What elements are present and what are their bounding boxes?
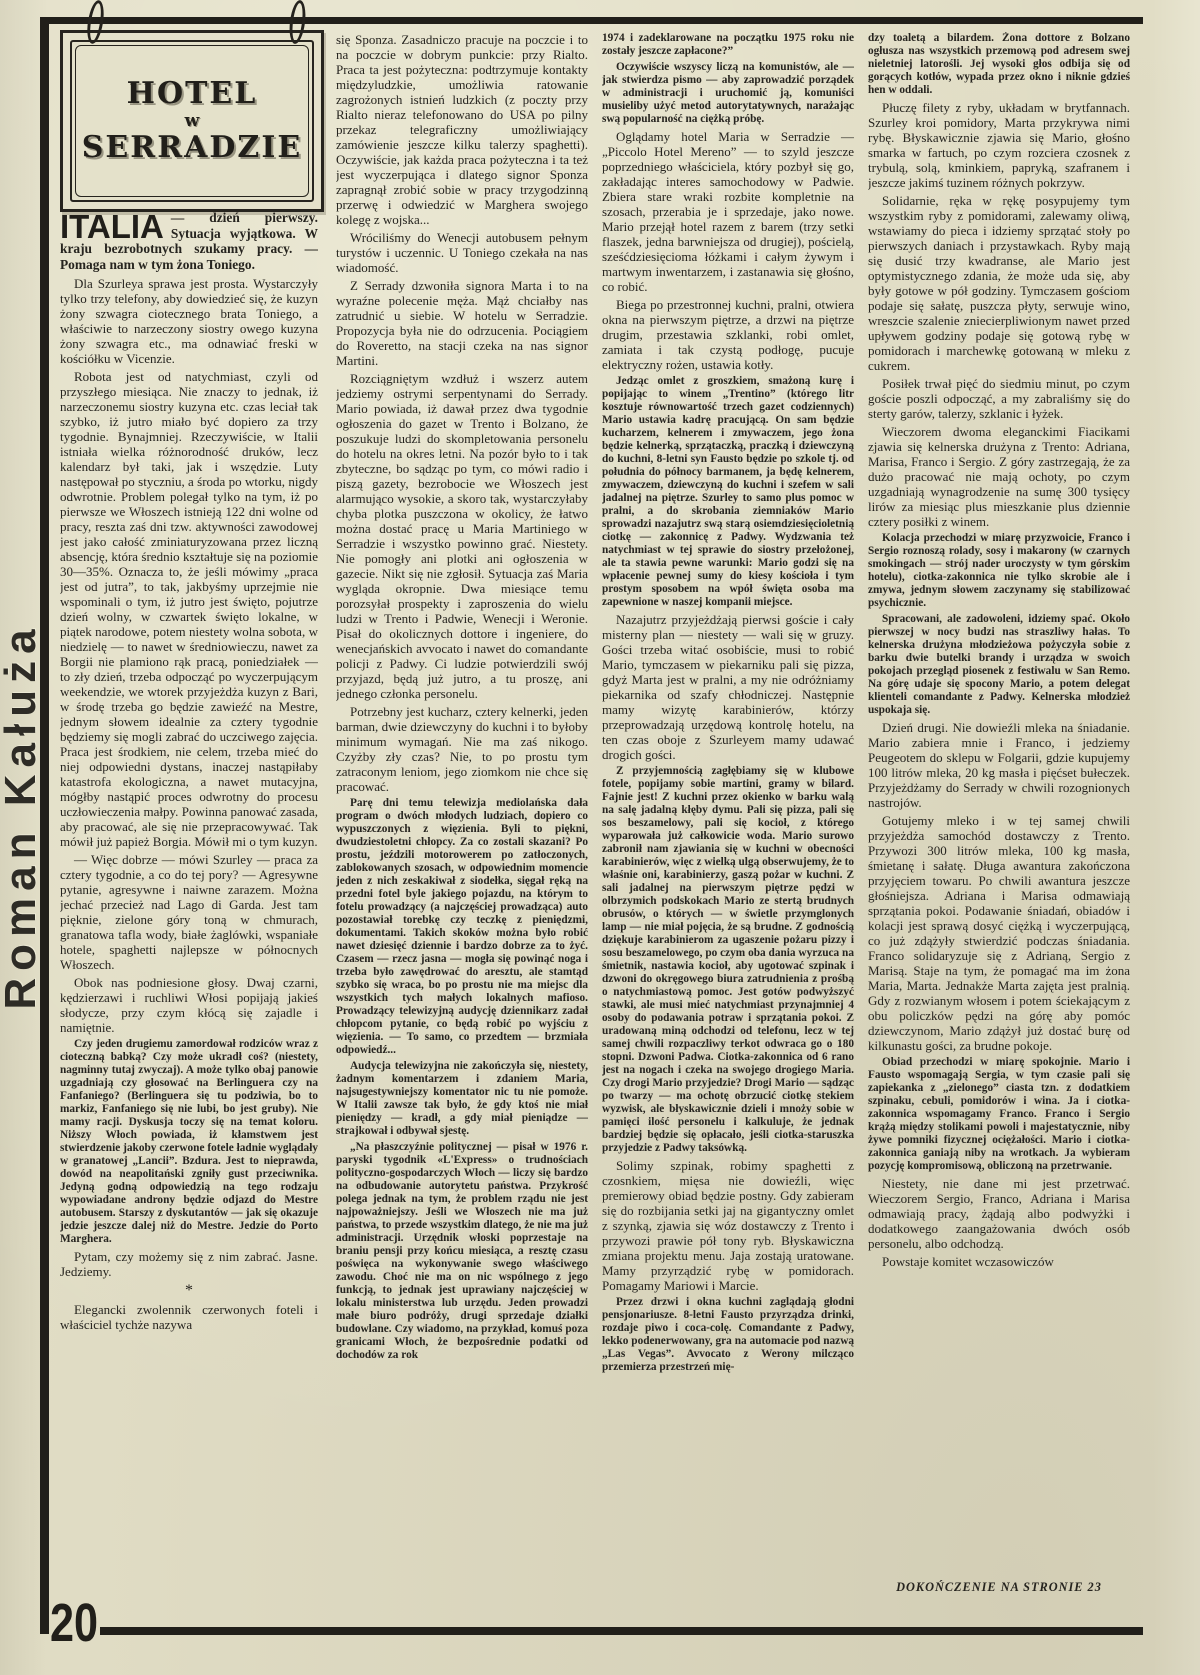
column-3-paragraphs: 1974 i zadeklarowane na początku 1975 ro… xyxy=(602,32,854,1374)
continuation-note: DOKOŃCZENIE NA STRONIE 23 xyxy=(868,1580,1130,1595)
column-4-paragraphs: dzy toaletą a bilardem. Żona dottore z B… xyxy=(868,32,1130,1269)
paragraph: Audycja telewizyjna nie zakończyła się, … xyxy=(336,1060,588,1138)
text-column-1: ITALIA— dzień pierwszy. Sytuacja wyjątko… xyxy=(60,210,318,1335)
paragraph: Z przyjemnością zagłębiamy się w klubowe… xyxy=(602,765,854,1155)
paragraph: Nazajutrz przyjeżdżają pierwsi goście i … xyxy=(602,612,854,762)
column-2-paragraphs: się Sponza. Zasadniczo pracuje na poczci… xyxy=(336,32,588,1362)
lead-paragraph: ITALIA— dzień pierwszy. Sytuacja wyjątko… xyxy=(60,210,318,272)
paragraph: Oglądamy hotel Maria w Serradzie — „Picc… xyxy=(602,129,854,294)
paragraph: Potrzebny jest kucharz, cztery kelnerki,… xyxy=(336,704,588,794)
paragraph: Płuczę filety z ryby, układam w brytfann… xyxy=(868,100,1130,190)
section-heading-italia: ITALIA xyxy=(60,212,164,241)
title-line-1: HOTEL xyxy=(127,77,258,111)
paragraph: Oczywiście wszyscy liczą na komunistów, … xyxy=(602,61,854,126)
paragraph: Powstaje komitet wczasowiczów xyxy=(868,1254,1130,1269)
paragraph: Niestety, nie dane mi jest przetrwać. Wi… xyxy=(868,1176,1130,1251)
paragraph: Obiad przechodzi w miarę spokojnie. Mari… xyxy=(868,1056,1130,1173)
paragraph: Jedząc omlet z groszkiem, smażoną kurę i… xyxy=(602,375,854,609)
magazine-page: HOTEL w SERRADZIE Roman Kałuża ITALIA— d… xyxy=(0,0,1200,1675)
paragraph: Posiłek trwał pięć do siedmiu minut, po … xyxy=(868,376,1130,421)
paragraph: Wróciliśmy do Wenecji autobusem pełnym t… xyxy=(336,230,588,275)
paragraph: Biega po przestronnej kuchni, pralni, ot… xyxy=(602,297,854,372)
column-1-paragraphs: Dla Szurleya sprawa jest prosta. Wystarc… xyxy=(60,276,318,1332)
paragraph: Obok nas podniesione głosy. Dwaj czarni,… xyxy=(60,975,318,1035)
page-number: 20 xyxy=(50,1596,98,1650)
paragraph: 1974 i zadeklarowane na początku 1975 ro… xyxy=(602,32,854,58)
paragraph: Robota jest od natychmiast, czyli od prz… xyxy=(60,369,318,849)
paragraph: Dzień drugi. Nie dowieźli mleka na śniad… xyxy=(868,720,1130,810)
bottom-rule xyxy=(100,1627,1143,1635)
paragraph: Solimy szpinak, robimy spaghetti z czosn… xyxy=(602,1158,854,1293)
paragraph: Kolacja przechodzi w miarę przyzwoicie, … xyxy=(868,532,1130,610)
paragraph: Wieczorem dwoma eleganckimi Fiacikami zj… xyxy=(868,424,1130,529)
paragraph: dzy toaletą a bilardem. Żona dottore z B… xyxy=(868,32,1130,97)
paragraph: — Więc dobrze — mówi Szurley — praca za … xyxy=(60,852,318,972)
paragraph: Rozciągniętym wzdłuż i wszerz autem jedz… xyxy=(336,371,588,701)
paragraph: Przez drzwi i okna kuchni zaglądają głod… xyxy=(602,1296,854,1374)
paragraph: Solidarnie, ręka w rękę posypujemy tym w… xyxy=(868,193,1130,373)
title-line-2: w xyxy=(185,111,200,131)
title-line-3: SERRADZIE xyxy=(82,131,303,165)
paragraph: się Sponza. Zasadniczo pracuje na poczci… xyxy=(336,32,588,227)
text-column-3: 1974 i zadeklarowane na początku 1975 ro… xyxy=(602,32,854,1377)
text-column-2: się Sponza. Zasadniczo pracuje na poczci… xyxy=(336,32,588,1365)
paragraph: Parę dni temu telewizja mediolańska dała… xyxy=(336,797,588,1057)
article-title: HOTEL w SERRADZIE xyxy=(77,47,307,195)
text-column-4: dzy toaletą a bilardem. Żona dottore z B… xyxy=(868,32,1130,1272)
paragraph: Dla Szurleya sprawa jest prosta. Wystarc… xyxy=(60,276,318,366)
paragraph: Z Serrady dzwoniła signora Marta i to na… xyxy=(336,278,588,368)
author-name-vertical: Roman Kałuża xyxy=(0,466,44,1166)
paragraph: Gotujemy mleko i w tej samej chwili przy… xyxy=(868,813,1130,1053)
paragraph: Spracowani, ale zadowoleni, idziemy spać… xyxy=(868,613,1130,717)
top-rule xyxy=(40,17,1143,24)
paragraph: „Na płaszczyźnie politycznej — pisał w 1… xyxy=(336,1141,588,1362)
paragraph: Pytam, czy możemy się z nim zabrać. Jasn… xyxy=(60,1249,318,1279)
article-title-sign: HOTEL w SERRADZIE xyxy=(60,30,324,212)
section-separator: * xyxy=(60,1282,318,1300)
paragraph: Czy jeden drugiemu zamordował rodziców w… xyxy=(60,1038,318,1246)
paragraph: Elegancki zwolennik czerwonych foteli i … xyxy=(60,1302,318,1332)
